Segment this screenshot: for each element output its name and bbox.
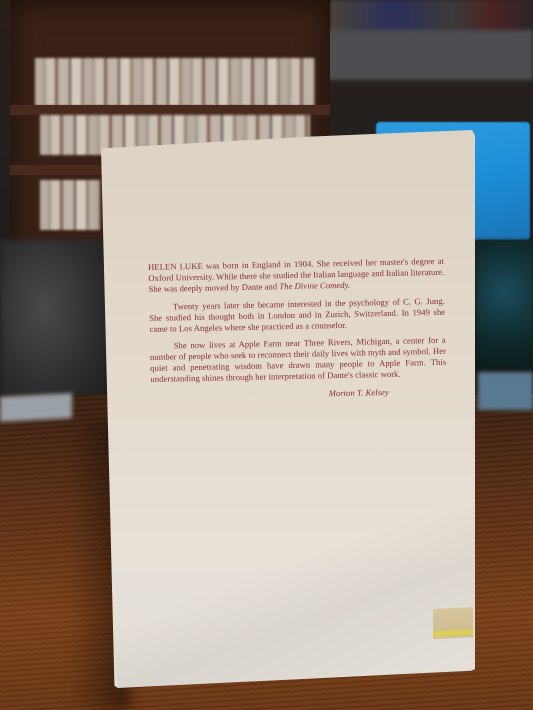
author-blurb: HELEN LUKE was born in England in 1904. …	[148, 256, 447, 403]
blurb-paragraph-1: HELEN LUKE was born in England in 1904. …	[148, 256, 445, 295]
book-title-reference: The Divine Comedy.	[279, 280, 350, 291]
photo-scene: HELEN LUKE was born in England in 1904. …	[0, 0, 533, 710]
shelf-books-row-3	[40, 180, 100, 230]
tape-piece	[433, 607, 473, 639]
shelf-board	[10, 105, 330, 115]
window-trees	[476, 240, 533, 370]
light-wall	[320, 30, 533, 80]
papers-on-table	[0, 393, 72, 422]
author-name: HELEN LUKE	[148, 261, 203, 272]
blurb-paragraph-3: She now lives at Apple Farm near Three R…	[150, 335, 447, 385]
shelf-books-row-1	[35, 58, 315, 106]
object-on-table	[478, 372, 533, 410]
blurb-paragraph-2: Twenty years later she became interested…	[149, 296, 446, 335]
armchair	[0, 240, 110, 410]
cover-fold-shade	[101, 500, 475, 688]
